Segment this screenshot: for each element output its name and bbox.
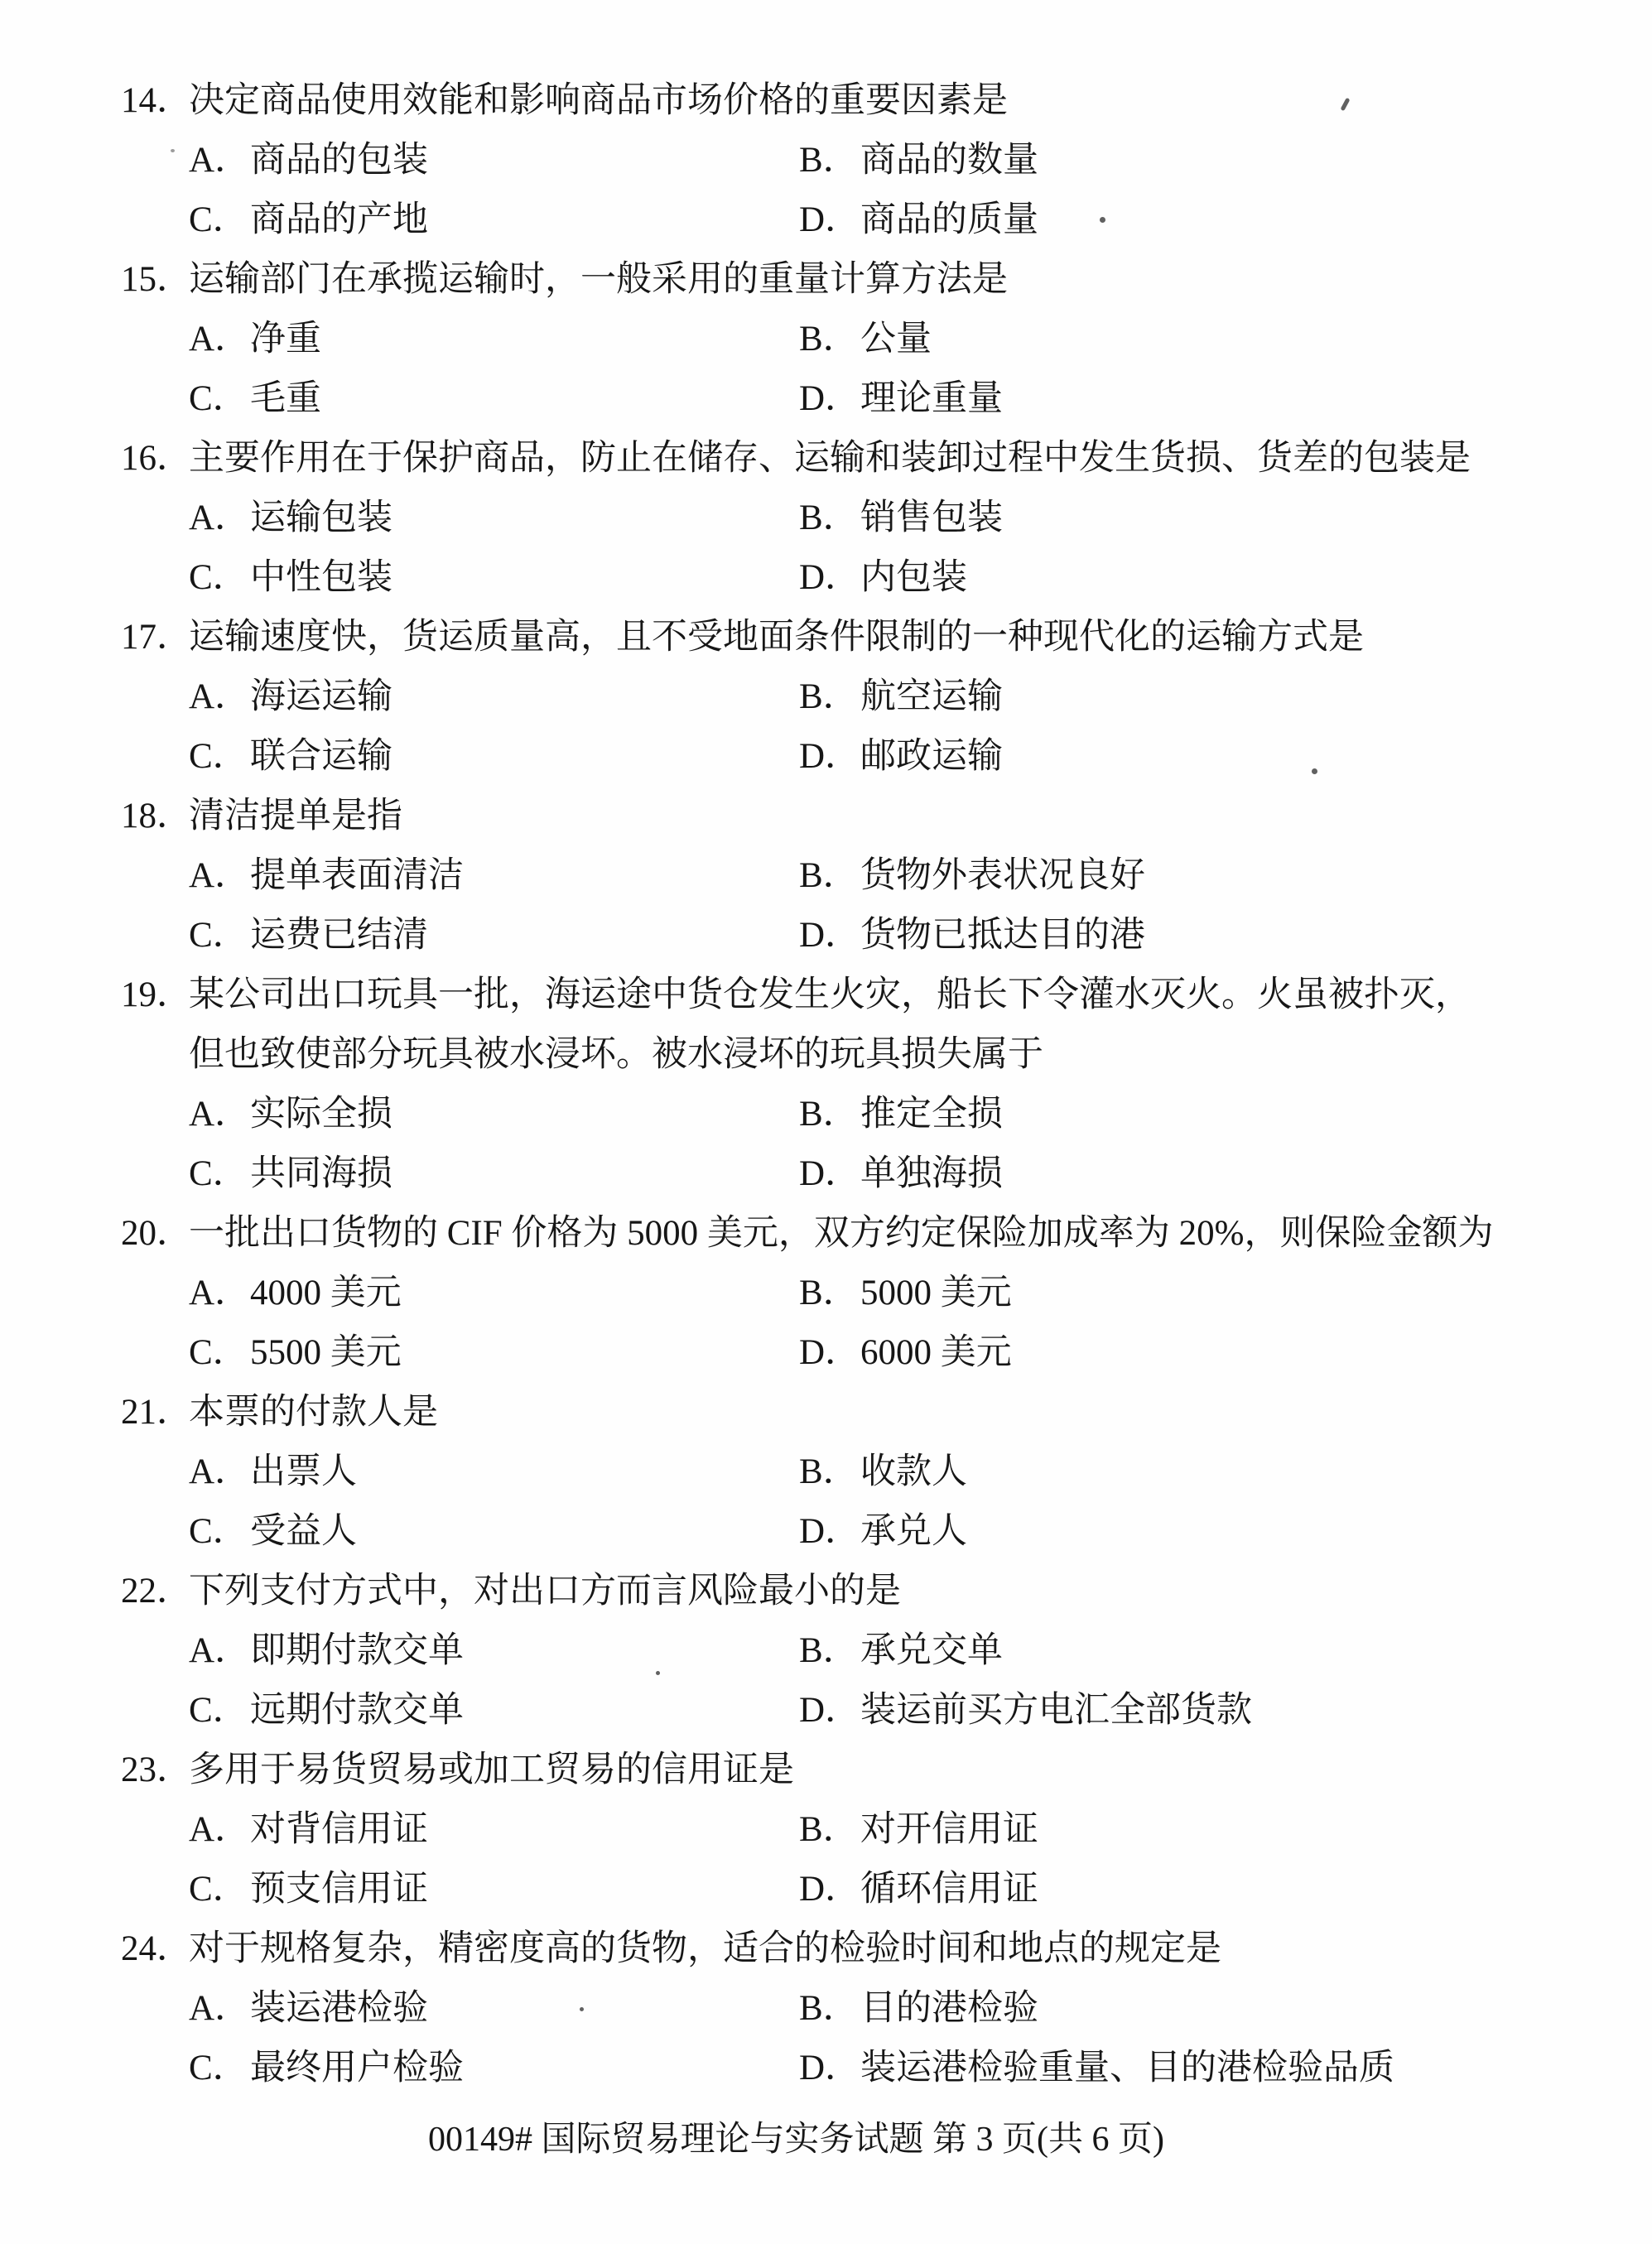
option-A: A．装运港检验 bbox=[189, 1979, 799, 2039]
question-number: 23． bbox=[121, 1741, 189, 1800]
option-letter: D． bbox=[799, 1860, 860, 1919]
option-D: D．承兑人 bbox=[799, 1502, 1652, 1562]
question-number: 20． bbox=[121, 1204, 189, 1264]
option-letter: B． bbox=[799, 1800, 860, 1860]
option-text: 承兑人 bbox=[860, 1512, 967, 1551]
footer-text: 00149# 国际贸易理论与实务试题 第 3 页(共 6 页) bbox=[428, 2121, 1164, 2159]
question-stem: 15．运输部门在承揽运输时，一般采用的重量计算方法是 bbox=[0, 250, 1652, 310]
question-number: 24． bbox=[121, 1919, 189, 1979]
option-letter: A． bbox=[189, 310, 250, 369]
option-text: 5500 美元 bbox=[250, 1333, 402, 1372]
option-letter: B． bbox=[799, 489, 860, 548]
option-letter: D． bbox=[799, 727, 860, 787]
question-text: 一批出口货物的 CIF 价格为 5000 美元，双方约定保险加成率为 20%，则… bbox=[189, 1214, 1493, 1253]
option-letter: B． bbox=[799, 1979, 860, 2039]
option-D: D．邮政运输 bbox=[799, 727, 1652, 787]
option-text: 对背信用证 bbox=[250, 1810, 428, 1849]
option-C: C．商品的产地 bbox=[189, 190, 799, 250]
option-text: 联合运输 bbox=[250, 737, 393, 776]
option-letter: D． bbox=[799, 369, 860, 429]
option-letter: D． bbox=[799, 1681, 860, 1741]
option-text: 预支信用证 bbox=[250, 1870, 428, 1909]
options-grid: A．海运运输B．航空运输C．联合运输D．邮政运输 bbox=[0, 667, 1652, 787]
question-block: 16．主要作用在于保护商品，防止在储存、运输和装卸过程中发生货损、货差的包装是 … bbox=[0, 429, 1652, 608]
option-C: C．最终用户检验 bbox=[189, 2039, 799, 2098]
scan-artifact-dot bbox=[580, 2007, 584, 2011]
option-text: 5000 美元 bbox=[860, 1274, 1012, 1312]
question-text: 本票的付款人是 bbox=[189, 1393, 438, 1432]
option-text: 装运港检验重量、目的港检验品质 bbox=[860, 2049, 1394, 2087]
option-letter: A． bbox=[189, 1264, 250, 1323]
option-text: 即期付款交单 bbox=[250, 1631, 464, 1670]
option-text: 商品的数量 bbox=[860, 141, 1038, 180]
exam-page: 14．决定商品使用效能和影响商品市场价格的重要因素是 A．商品的包装B．商品的数… bbox=[0, 0, 1652, 2244]
options-grid: A．净重B．公量C．毛重D．理论重量 bbox=[0, 310, 1652, 429]
option-D: D．内包装 bbox=[799, 548, 1652, 608]
option-letter: B． bbox=[799, 131, 860, 190]
question-text: 对于规格复杂，精密度高的货物，适合的检验时间和地点的规定是 bbox=[189, 1929, 1221, 1968]
option-letter: A． bbox=[189, 1442, 250, 1502]
option-text: 商品的质量 bbox=[860, 200, 1038, 239]
option-C: C．联合运输 bbox=[189, 727, 799, 787]
option-letter: B． bbox=[799, 1264, 860, 1323]
option-D: D．货物已抵达目的港 bbox=[799, 906, 1652, 965]
option-B: B．推定全损 bbox=[799, 1085, 1652, 1144]
option-B: B．收款人 bbox=[799, 1442, 1652, 1502]
options-grid: A．出票人B．收款人C．受益人D．承兑人 bbox=[0, 1442, 1652, 1562]
option-C: C．中性包装 bbox=[189, 548, 799, 608]
option-letter: A． bbox=[189, 131, 250, 190]
option-letter: D． bbox=[799, 548, 860, 608]
option-letter: A． bbox=[189, 1800, 250, 1860]
options-grid: A．商品的包装B．商品的数量C．商品的产地D．商品的质量 bbox=[0, 131, 1652, 250]
question-text: 决定商品使用效能和影响商品市场价格的重要因素是 bbox=[189, 81, 1008, 120]
option-text: 海运运输 bbox=[250, 677, 393, 716]
option-letter: D． bbox=[799, 1323, 860, 1383]
options-grid: A．对背信用证B．对开信用证C．预支信用证D．循环信用证 bbox=[0, 1800, 1652, 1919]
question-number: 15． bbox=[121, 250, 189, 310]
option-A: A．净重 bbox=[189, 310, 799, 369]
question-block: 23．多用于易货贸易或加工贸易的信用证是 A．对背信用证B．对开信用证C．预支信… bbox=[0, 1741, 1652, 1919]
option-letter: B． bbox=[799, 1621, 860, 1681]
question-number: 19． bbox=[121, 965, 189, 1025]
option-text: 受益人 bbox=[250, 1512, 357, 1551]
option-D: D．单独海损 bbox=[799, 1144, 1652, 1204]
question-stem: 14．决定商品使用效能和影响商品市场价格的重要因素是 bbox=[0, 71, 1652, 131]
option-letter: A． bbox=[189, 667, 250, 727]
question-text: 多用于易货贸易或加工贸易的信用证是 bbox=[189, 1750, 794, 1789]
option-text: 出票人 bbox=[250, 1452, 357, 1491]
options-grid: A．4000 美元B．5000 美元C．5500 美元D．6000 美元 bbox=[0, 1264, 1652, 1383]
option-B: B．承兑交单 bbox=[799, 1621, 1652, 1681]
option-letter: C． bbox=[189, 1681, 250, 1741]
option-letter: A． bbox=[189, 1085, 250, 1144]
scan-artifact-dot bbox=[1100, 217, 1105, 223]
option-A: A．海运运输 bbox=[189, 667, 799, 727]
question-number: 21． bbox=[121, 1383, 189, 1442]
option-text: 运输包装 bbox=[250, 498, 393, 537]
question-block: 18．清洁提单是指 A．提单表面清洁B．货物外表状况良好C．运费已结清D．货物已… bbox=[0, 787, 1652, 965]
option-letter: B． bbox=[799, 310, 860, 369]
question-block: 17．运输速度快，货运质量高，且不受地面条件限制的一种现代化的运输方式是 A．海… bbox=[0, 608, 1652, 787]
question-block: 21．本票的付款人是 A．出票人B．收款人C．受益人D．承兑人 bbox=[0, 1383, 1652, 1562]
question-block: 20．一批出口货物的 CIF 价格为 5000 美元，双方约定保险加成率为 20… bbox=[0, 1204, 1652, 1383]
question-text: 下列支付方式中，对出口方而言风险最小的是 bbox=[189, 1572, 901, 1611]
option-D: D．6000 美元 bbox=[799, 1323, 1652, 1383]
option-letter: D． bbox=[799, 1502, 860, 1562]
option-B: B．销售包装 bbox=[799, 489, 1652, 548]
option-letter: B． bbox=[799, 1085, 860, 1144]
option-A: A．商品的包装 bbox=[189, 131, 799, 190]
option-text: 内包装 bbox=[860, 558, 967, 597]
option-text: 对开信用证 bbox=[860, 1810, 1038, 1849]
option-letter: D． bbox=[799, 190, 860, 250]
option-text: 商品的包装 bbox=[250, 141, 428, 180]
option-B: B．5000 美元 bbox=[799, 1264, 1652, 1323]
option-letter: A． bbox=[189, 1979, 250, 2039]
option-A: A．4000 美元 bbox=[189, 1264, 799, 1323]
page-footer: 00149# 国际贸易理论与实务试题 第 3 页(共 6 页) bbox=[0, 2113, 1652, 2166]
option-B: B．商品的数量 bbox=[799, 131, 1652, 190]
option-letter: A． bbox=[189, 1621, 250, 1681]
question-block: 14．决定商品使用效能和影响商品市场价格的重要因素是 A．商品的包装B．商品的数… bbox=[0, 71, 1652, 250]
option-letter: B． bbox=[799, 667, 860, 727]
option-C: C．毛重 bbox=[189, 369, 799, 429]
option-text: 邮政运输 bbox=[860, 737, 1003, 776]
option-D: D．商品的质量 bbox=[799, 190, 1652, 250]
option-B: B．对开信用证 bbox=[799, 1800, 1652, 1860]
option-C: C．5500 美元 bbox=[189, 1323, 799, 1383]
scan-artifact-dot bbox=[656, 1671, 660, 1675]
option-A: A．实际全损 bbox=[189, 1085, 799, 1144]
option-text: 货物外表状况良好 bbox=[860, 856, 1145, 895]
option-D: D．装运港检验重量、目的港检验品质 bbox=[799, 2039, 1652, 2098]
question-block: 15．运输部门在承揽运输时，一般采用的重量计算方法是 A．净重B．公量C．毛重D… bbox=[0, 250, 1652, 429]
question-list: 14．决定商品使用效能和影响商品市场价格的重要因素是 A．商品的包装B．商品的数… bbox=[0, 71, 1652, 2098]
question-block: 22．下列支付方式中，对出口方而言风险最小的是 A．即期付款交单B．承兑交单C．… bbox=[0, 1562, 1652, 1741]
option-B: B．货物外表状况良好 bbox=[799, 846, 1652, 906]
option-letter: D． bbox=[799, 1144, 860, 1204]
option-C: C．受益人 bbox=[189, 1502, 799, 1562]
question-number: 14． bbox=[121, 71, 189, 131]
option-text: 目的港检验 bbox=[860, 1989, 1038, 2028]
option-text: 6000 美元 bbox=[860, 1333, 1012, 1372]
option-text: 远期付款交单 bbox=[250, 1691, 464, 1730]
question-text: 运输速度快，货运质量高，且不受地面条件限制的一种现代化的运输方式是 bbox=[189, 618, 1364, 657]
option-text: 提单表面清洁 bbox=[250, 856, 464, 895]
option-text: 推定全损 bbox=[860, 1095, 1003, 1134]
option-C: C．运费已结清 bbox=[189, 906, 799, 965]
question-block: 24．对于规格复杂，精密度高的货物，适合的检验时间和地点的规定是 A．装运港检验… bbox=[0, 1919, 1652, 2098]
question-number: 16． bbox=[121, 429, 189, 489]
question-stem: 22．下列支付方式中，对出口方而言风险最小的是 bbox=[0, 1562, 1652, 1621]
question-stem: 17．运输速度快，货运质量高，且不受地面条件限制的一种现代化的运输方式是 bbox=[0, 608, 1652, 667]
option-letter: C． bbox=[189, 727, 250, 787]
option-letter: B． bbox=[799, 1442, 860, 1502]
option-text: 装运前买方电汇全部货款 bbox=[860, 1691, 1252, 1730]
option-letter: A． bbox=[189, 846, 250, 906]
question-number: 18． bbox=[121, 787, 189, 846]
question-number: 17． bbox=[121, 608, 189, 667]
question-stem: 16．主要作用在于保护商品，防止在储存、运输和装卸过程中发生货损、货差的包装是 bbox=[0, 429, 1652, 489]
question-text: 清洁提单是指 bbox=[189, 797, 402, 835]
option-text: 商品的产地 bbox=[250, 200, 428, 239]
question-stem: 20．一批出口货物的 CIF 价格为 5000 美元，双方约定保险加成率为 20… bbox=[0, 1204, 1652, 1264]
option-A: A．出票人 bbox=[189, 1442, 799, 1502]
question-stem: 18．清洁提单是指 bbox=[0, 787, 1652, 846]
scan-artifact-dot bbox=[1312, 768, 1317, 774]
option-B: B．公量 bbox=[799, 310, 1652, 369]
option-letter: C． bbox=[189, 1144, 250, 1204]
option-text: 承兑交单 bbox=[860, 1631, 1003, 1670]
option-A: A．即期付款交单 bbox=[189, 1621, 799, 1681]
question-text: 某公司出口玩具一批，海运途中货仓发生火灾，船长下令灌水灭火。火虽被扑灭， bbox=[189, 975, 1471, 1014]
option-text: 装运港检验 bbox=[250, 1989, 428, 2028]
option-letter: C． bbox=[189, 548, 250, 608]
option-text: 货物已抵达目的港 bbox=[860, 916, 1145, 955]
option-letter: A． bbox=[189, 489, 250, 548]
question-stem: 23．多用于易货贸易或加工贸易的信用证是 bbox=[0, 1741, 1652, 1800]
options-grid: A．提单表面清洁B．货物外表状况良好C．运费已结清D．货物已抵达目的港 bbox=[0, 846, 1652, 965]
question-block: 19．某公司出口玩具一批，海运途中货仓发生火灾，船长下令灌水灭火。火虽被扑灭， … bbox=[0, 965, 1652, 1204]
option-text: 公量 bbox=[860, 320, 932, 359]
option-text: 中性包装 bbox=[250, 558, 393, 597]
option-B: B．目的港检验 bbox=[799, 1979, 1652, 2039]
options-grid: A．运输包装B．销售包装C．中性包装D．内包装 bbox=[0, 489, 1652, 608]
option-C: C．远期付款交单 bbox=[189, 1681, 799, 1741]
question-text: 运输部门在承揽运输时，一般采用的重量计算方法是 bbox=[189, 260, 1008, 299]
option-text: 毛重 bbox=[250, 379, 321, 418]
option-D: D．装运前买方电汇全部货款 bbox=[799, 1681, 1652, 1741]
option-D: D．循环信用证 bbox=[799, 1860, 1652, 1919]
option-text: 循环信用证 bbox=[860, 1870, 1038, 1909]
option-letter: C． bbox=[189, 1860, 250, 1919]
option-B: B．航空运输 bbox=[799, 667, 1652, 727]
option-text: 航空运输 bbox=[860, 677, 1003, 716]
option-letter: D． bbox=[799, 906, 860, 965]
option-text: 4000 美元 bbox=[250, 1274, 402, 1312]
option-A: A．对背信用证 bbox=[189, 1800, 799, 1860]
option-D: D．理论重量 bbox=[799, 369, 1652, 429]
option-C: C．预支信用证 bbox=[189, 1860, 799, 1919]
option-C: C．共同海损 bbox=[189, 1144, 799, 1204]
option-text: 单独海损 bbox=[860, 1154, 1003, 1193]
option-text: 最终用户检验 bbox=[250, 2049, 464, 2087]
options-grid: A．即期付款交单B．承兑交单C．远期付款交单D．装运前买方电汇全部货款 bbox=[0, 1621, 1652, 1741]
option-text: 实际全损 bbox=[250, 1095, 393, 1134]
option-letter: C． bbox=[189, 190, 250, 250]
options-grid: A．装运港检验B．目的港检验C．最终用户检验D．装运港检验重量、目的港检验品质 bbox=[0, 1979, 1652, 2098]
scan-artifact-dot bbox=[171, 149, 175, 152]
option-text: 共同海损 bbox=[250, 1154, 393, 1193]
option-text: 销售包装 bbox=[860, 498, 1003, 537]
option-letter: C． bbox=[189, 906, 250, 965]
option-A: A．运输包装 bbox=[189, 489, 799, 548]
question-text-continued: 但也致使部分玩具被水浸坏。被水浸坏的玩具损失属于 bbox=[0, 1025, 1652, 1085]
option-letter: D． bbox=[799, 2039, 860, 2098]
option-letter: B． bbox=[799, 846, 860, 906]
question-stem: 19．某公司出口玩具一批，海运途中货仓发生火灾，船长下令灌水灭火。火虽被扑灭， bbox=[0, 965, 1652, 1025]
options-grid: A．实际全损B．推定全损C．共同海损D．单独海损 bbox=[0, 1085, 1652, 1204]
option-A: A．提单表面清洁 bbox=[189, 846, 799, 906]
question-stem: 24．对于规格复杂，精密度高的货物，适合的检验时间和地点的规定是 bbox=[0, 1919, 1652, 1979]
option-letter: C． bbox=[189, 2039, 250, 2098]
option-text: 净重 bbox=[250, 320, 321, 359]
option-letter: C． bbox=[189, 1502, 250, 1562]
option-text: 理论重量 bbox=[860, 379, 1003, 418]
option-text: 收款人 bbox=[860, 1452, 967, 1491]
question-text: 主要作用在于保护商品，防止在储存、运输和装卸过程中发生货损、货差的包装是 bbox=[189, 439, 1471, 478]
question-number: 22． bbox=[121, 1562, 189, 1621]
question-stem: 21．本票的付款人是 bbox=[0, 1383, 1652, 1442]
option-text: 运费已结清 bbox=[250, 916, 428, 955]
option-letter: C． bbox=[189, 369, 250, 429]
option-letter: C． bbox=[189, 1323, 250, 1383]
